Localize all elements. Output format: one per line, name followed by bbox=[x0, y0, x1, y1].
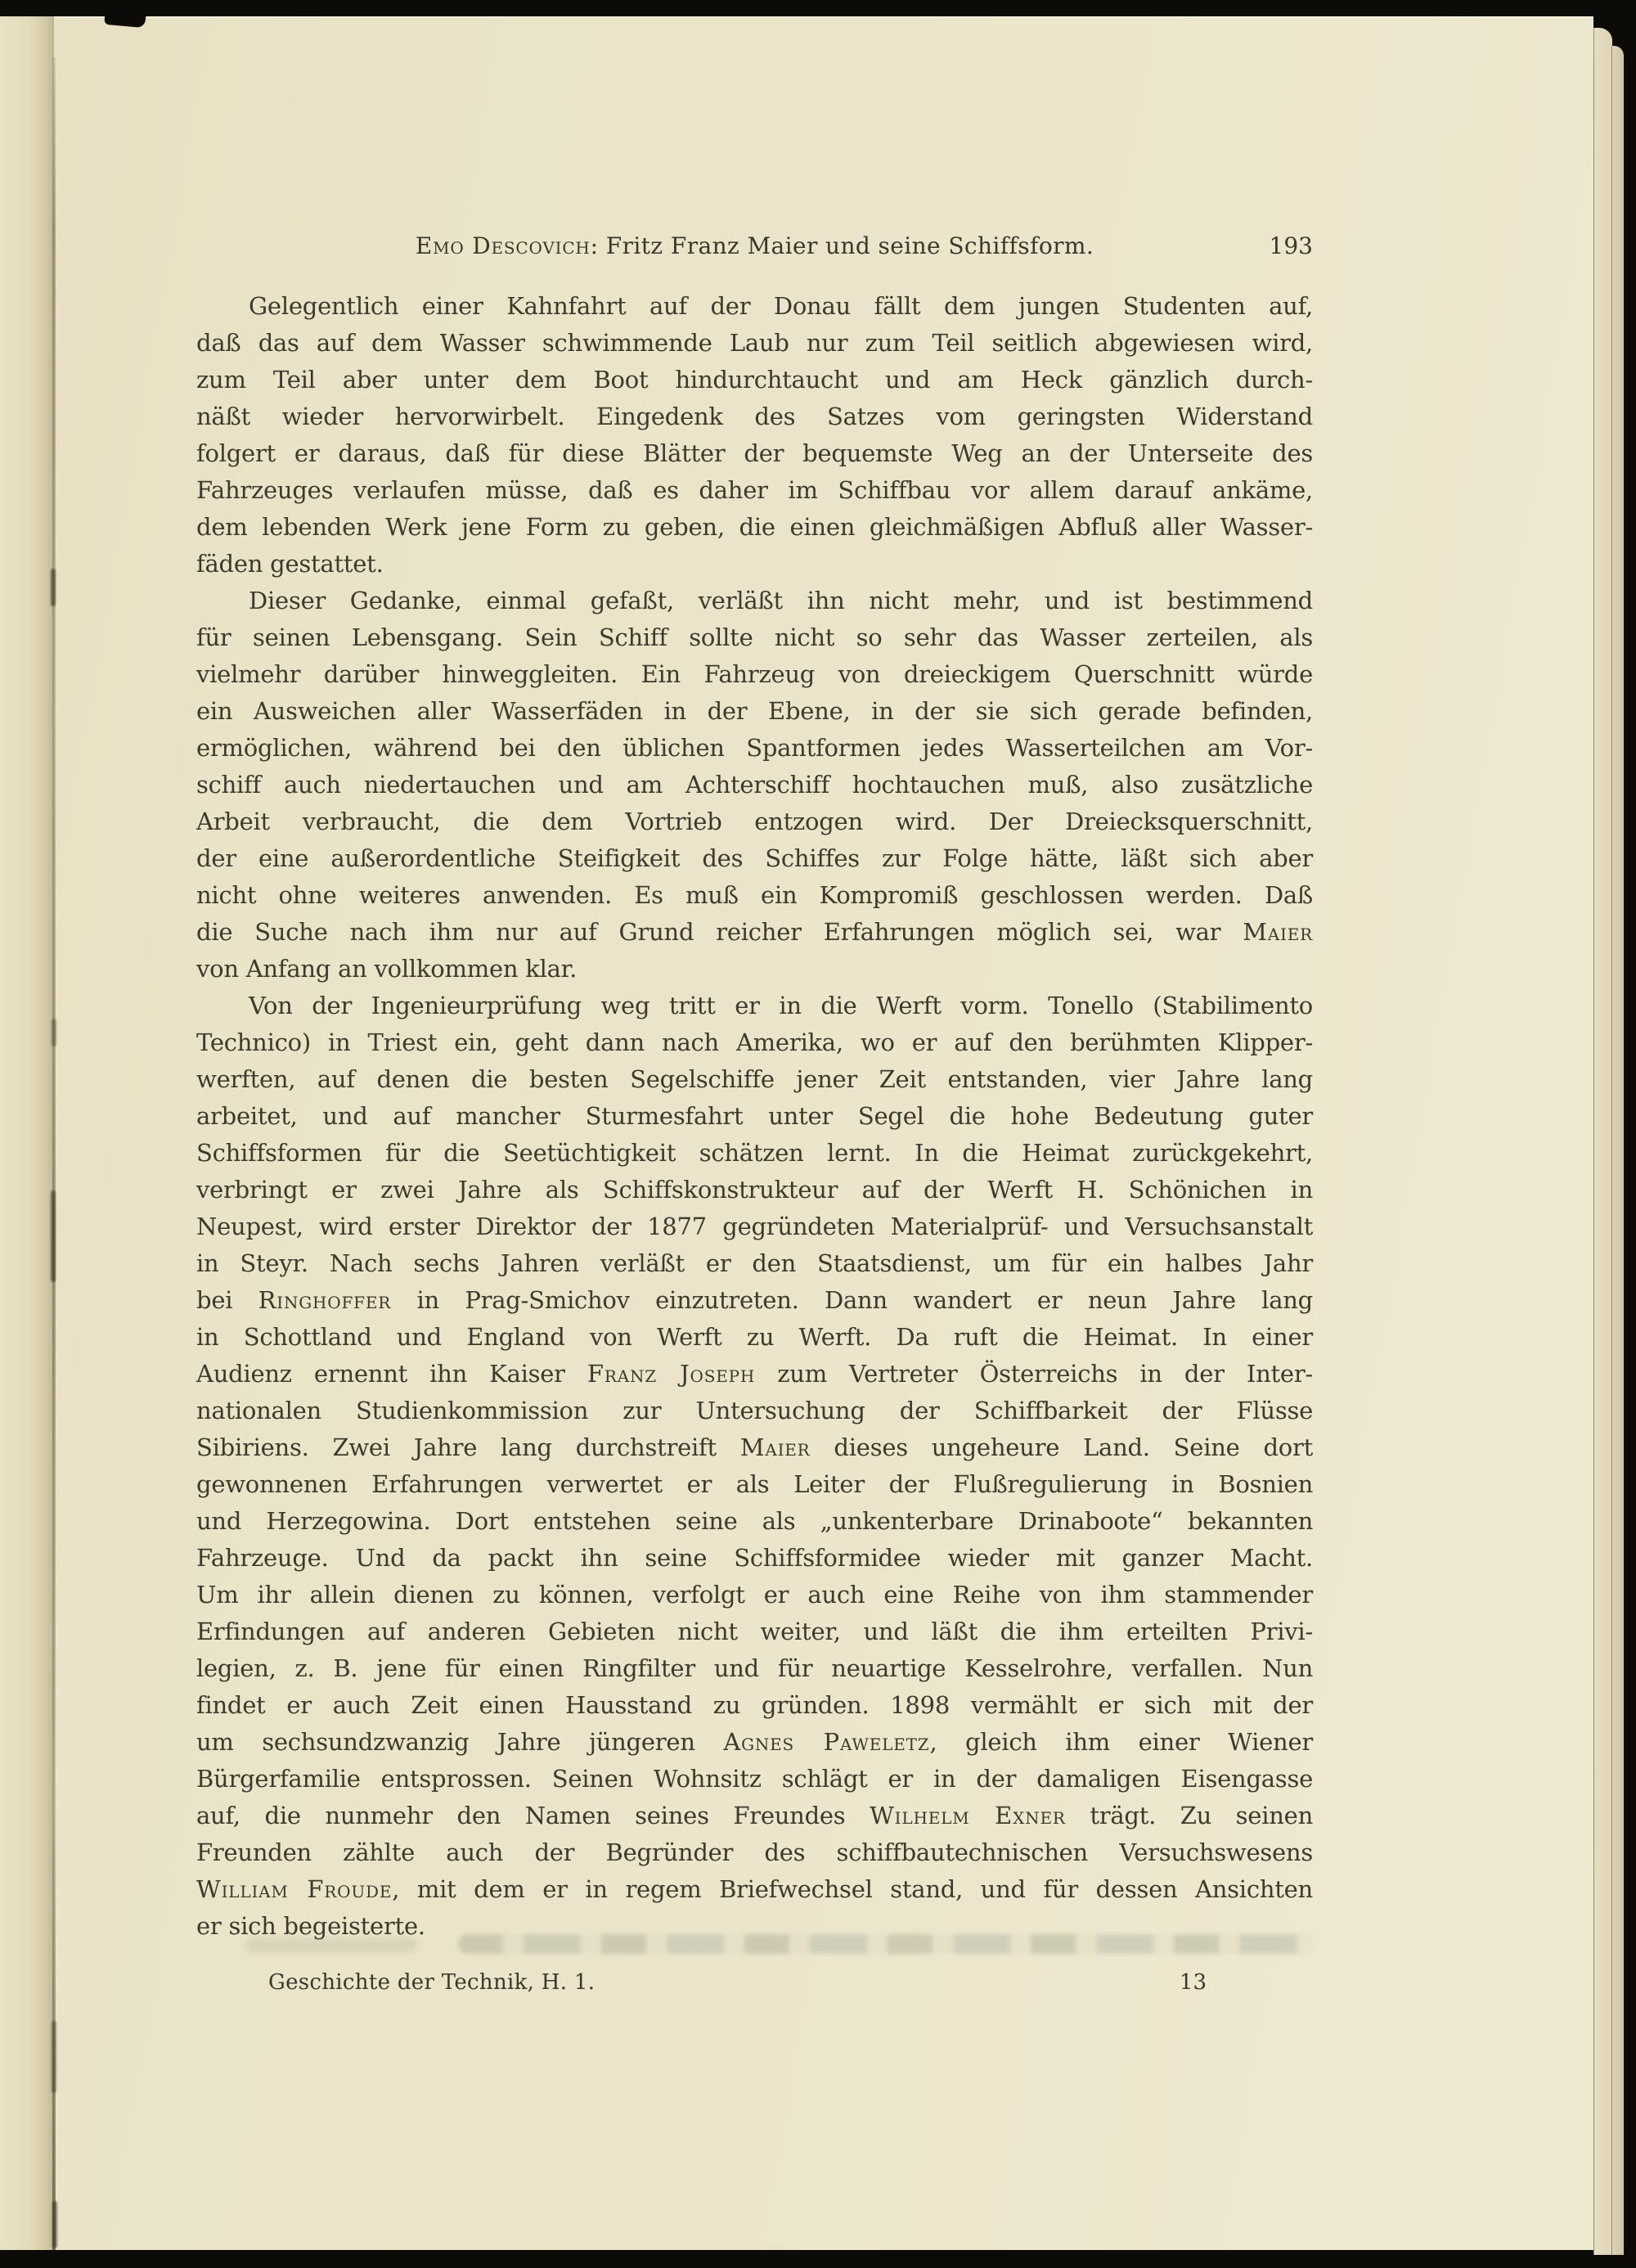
text-line: Bürgerfamilie entsprossen. Seinen Wohnsi… bbox=[196, 1761, 1313, 1798]
text-line: auf, die nunmehr den Namen seines Freund… bbox=[196, 1798, 1313, 1834]
text-line: Neupest, wird erster Direktor der 1877 g… bbox=[196, 1208, 1313, 1245]
text-line: Um ihr allein dienen zu können, verfolgt… bbox=[196, 1577, 1313, 1613]
binding-ink-smudge bbox=[51, 569, 56, 606]
ink-bleedthrough bbox=[245, 1937, 417, 1952]
text-line: William Froude, mit dem er in regem Brie… bbox=[196, 1871, 1313, 1908]
text-line: vielmehr darüber hinweggleiten. Ein Fahr… bbox=[196, 656, 1313, 693]
text-line: in Steyr. Nach sechs Jahren verläßt er d… bbox=[196, 1245, 1313, 1282]
text-line: Fahrzeuges verlaufen müsse, daß es daher… bbox=[196, 472, 1313, 509]
text-line: ein Ausweichen aller Wasserfäden in der … bbox=[196, 693, 1313, 730]
text-line: Freunden zählte auch der Begründer des s… bbox=[196, 1834, 1313, 1871]
text-line: von Anfang an vollkommen klar. bbox=[196, 951, 1313, 988]
footer-row: Geschichte der Technik, H. 1. 13 bbox=[196, 1970, 1313, 2000]
text-line: schiff auch niedertauchen und am Achters… bbox=[196, 767, 1313, 803]
text-line: werften, auf denen die besten Segelschif… bbox=[196, 1061, 1313, 1098]
text-line: Sibiriens. Zwei Jahre lang durchstreift … bbox=[196, 1429, 1313, 1466]
text-line: die Suche nach ihm nur auf Grund reicher… bbox=[196, 914, 1313, 951]
binding-ink-smudge bbox=[51, 1190, 56, 1282]
text-line: fäden gestattet. bbox=[196, 546, 1313, 583]
text-line: Dieser Gedanke, einmal gefaßt, verläßt i… bbox=[196, 583, 1313, 619]
text-line: legien, z. B. jene für einen Ringfilter … bbox=[196, 1650, 1313, 1687]
text-line: in Schottland und England von Werft zu W… bbox=[196, 1319, 1313, 1356]
facing-page-edge bbox=[0, 16, 54, 2250]
text-line: näßt wieder hervorwirbelt. Eingedenk des… bbox=[196, 398, 1313, 435]
page-stack-edge bbox=[1611, 46, 1624, 2255]
scanned-book-page: Emo Descovich: Fritz Franz Maier und sei… bbox=[0, 0, 1636, 2268]
text-line: nicht ohne weiteres anwenden. Es muß ein… bbox=[196, 877, 1313, 914]
binding-ink-smudge bbox=[52, 2201, 57, 2248]
body-text: Gelegentlich einer Kahnfahrt auf der Don… bbox=[196, 288, 1313, 1945]
text-line: um sechsundzwanzig Jahre jüngeren Agnes … bbox=[196, 1724, 1313, 1761]
running-header-title: Emo Descovich: Fritz Franz Maier und sei… bbox=[196, 232, 1313, 259]
text-line: ermöglichen, während bei den üblichen Sp… bbox=[196, 730, 1313, 767]
text-line: daß das auf dem Wasser schwimmende Laub … bbox=[196, 325, 1313, 362]
text-line: Erfindungen auf anderen Gebieten nicht w… bbox=[196, 1613, 1313, 1650]
text-line: für seinen Lebensgang. Sein Schiff sollt… bbox=[196, 619, 1313, 656]
text-line: gewonnenen Erfahrungen verwertet er als … bbox=[196, 1466, 1313, 1503]
text-line: findet er auch Zeit einen Hausstand zu g… bbox=[196, 1687, 1313, 1724]
text-line: folgert er daraus, daß für diese Blätter… bbox=[196, 435, 1313, 472]
binding-ink-smudge bbox=[52, 1019, 56, 1046]
text-line: verbringt er zwei Jahre als Schiffskonst… bbox=[196, 1172, 1313, 1208]
binding-crease bbox=[52, 57, 56, 2250]
text-line: Audienz ernennt ihn Kaiser Franz Joseph … bbox=[196, 1356, 1313, 1393]
text-line: Arbeit verbraucht, die dem Vortrieb entz… bbox=[196, 803, 1313, 840]
text-line: und Herzegowina. Dort entstehen seine al… bbox=[196, 1503, 1313, 1540]
text-line: Von der Ingenieurprüfung weg tritt er in… bbox=[196, 988, 1313, 1024]
footer-imprint: Geschichte der Technik, H. 1. bbox=[268, 1970, 595, 1995]
text-line: dem lebenden Werk jene Form zu geben, di… bbox=[196, 509, 1313, 546]
scan-shadow-notch bbox=[104, 8, 146, 28]
text-line: Fahrzeuge. Und da packt ihn seine Schiff… bbox=[196, 1540, 1313, 1577]
text-line: Technico) in Triest ein, geht dann nach … bbox=[196, 1024, 1313, 1061]
page-stack-edge bbox=[1593, 28, 1612, 2255]
text-line: nationalen Studienkommission zur Untersu… bbox=[196, 1393, 1313, 1429]
binding-ink-smudge bbox=[52, 2021, 56, 2093]
running-header-row: Emo Descovich: Fritz Franz Maier und sei… bbox=[196, 232, 1313, 265]
ink-bleedthrough bbox=[458, 1934, 1313, 1954]
text-line: Gelegentlich einer Kahnfahrt auf der Don… bbox=[196, 288, 1313, 325]
text-line: bei Ringhoffer in Prag-Smichov einzutret… bbox=[196, 1282, 1313, 1319]
text-line: der eine außerordentliche Steifigkeit de… bbox=[196, 840, 1313, 877]
text-line: zum Teil aber unter dem Boot hindurchtau… bbox=[196, 362, 1313, 398]
text-line: Schiffsformen für die Seetüchtigkeit sch… bbox=[196, 1135, 1313, 1172]
text-line: arbeitet, und auf mancher Sturmesfahrt u… bbox=[196, 1098, 1313, 1135]
header-page-number: 193 bbox=[1270, 232, 1313, 259]
footer-page-number: 13 bbox=[1180, 1970, 1207, 1995]
